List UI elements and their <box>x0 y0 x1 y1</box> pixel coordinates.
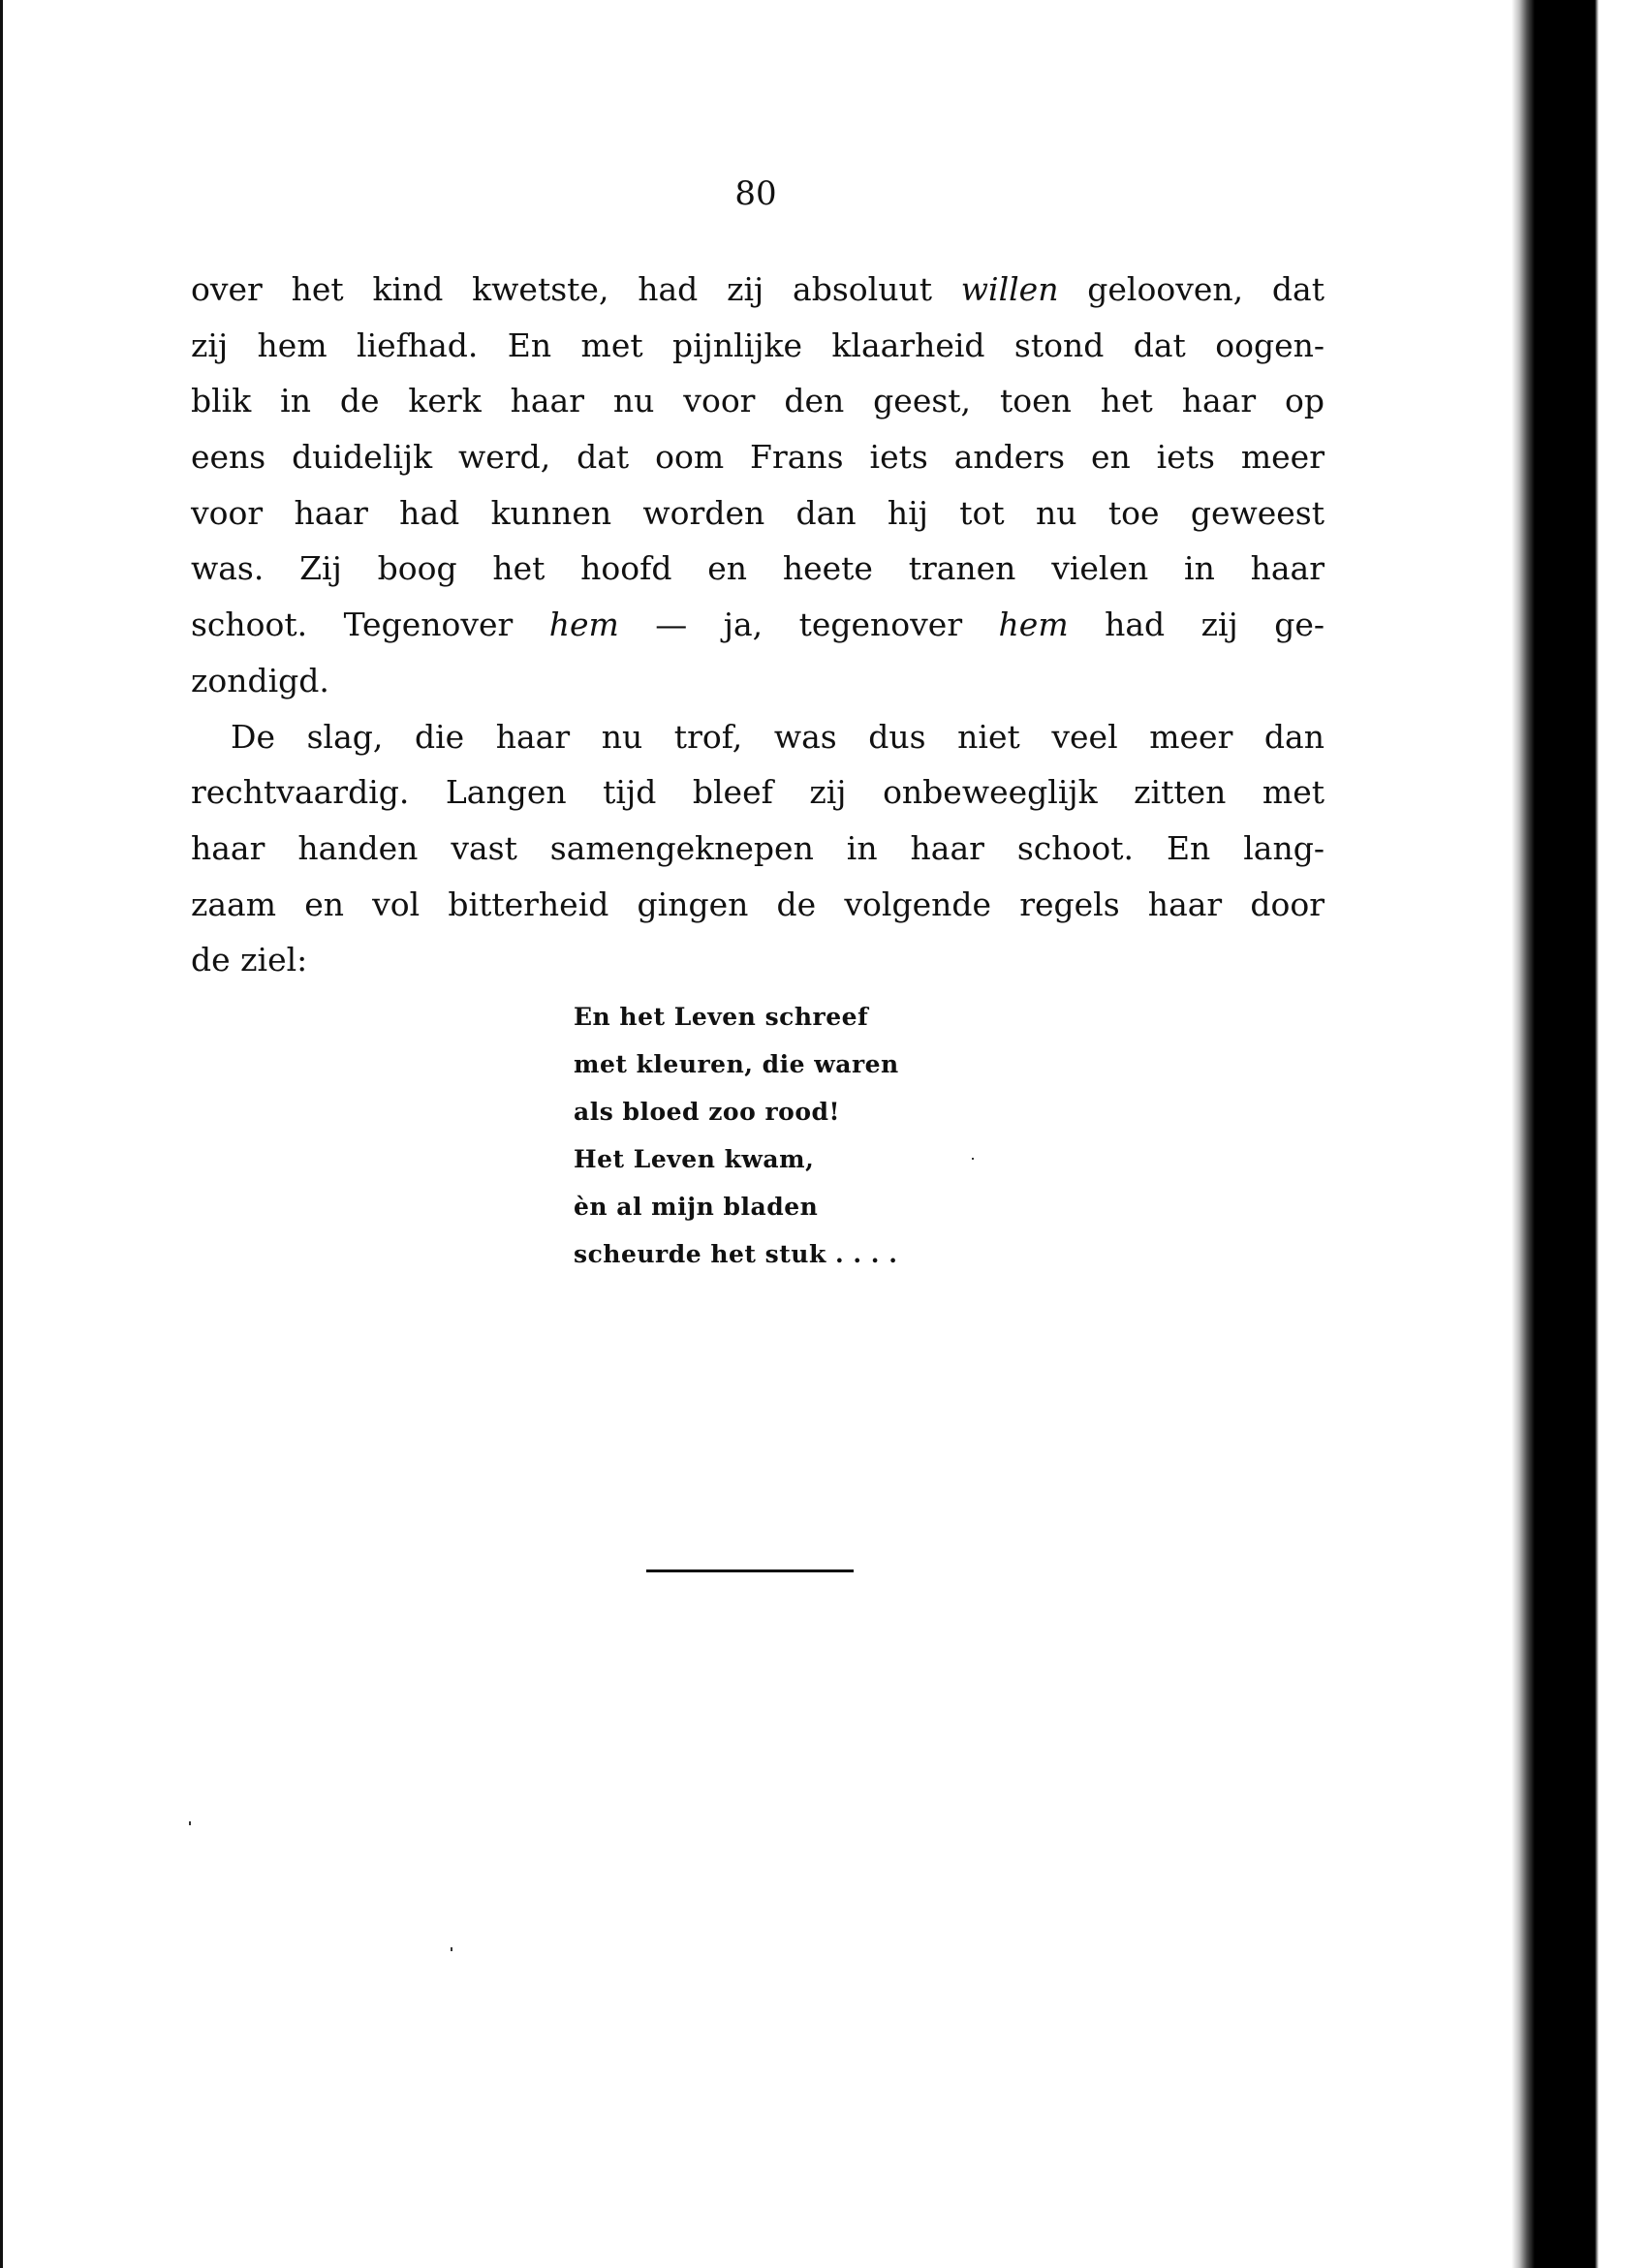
book-binding-shadow <box>1512 0 1608 2268</box>
text-run: De slag, die haar nu trof, was dus niet … <box>231 718 1325 756</box>
book-binding-edge <box>1577 0 1585 2268</box>
text-line: De slag, die haar nu trof, was dus niet … <box>191 709 1325 765</box>
text-run: was. Zij boog het hoofd en heete tranen … <box>191 549 1325 587</box>
text-run: zondigd. <box>191 662 329 699</box>
emphasis-text: hem <box>549 606 619 643</box>
text-line: zondigd. <box>191 653 1325 709</box>
text-line: blik in de kerk haar nu voor den geest, … <box>191 373 1325 429</box>
emphasis-text: hem <box>999 606 1069 643</box>
text-run: zij hem liefhad. En met pijnlijke klaarh… <box>191 326 1325 364</box>
text-line: de ziel: <box>191 932 1325 988</box>
print-speck <box>189 1821 191 1825</box>
text-line: over het kind kwetste, had zij absoluut … <box>191 262 1325 318</box>
text-line: zaam en vol bitterheid gingen de volgend… <box>191 877 1325 933</box>
book-page: 80 over het kind kwetste, had zij absolu… <box>0 0 1652 2268</box>
text-run: zaam en vol bitterheid gingen de volgend… <box>191 885 1325 923</box>
poem-line: En het Leven schreef <box>574 993 899 1041</box>
text-run: voor haar had kunnen worden dan hij tot … <box>191 494 1325 532</box>
text-line: zij hem liefhad. En met pijnlijke klaarh… <box>191 318 1325 374</box>
text-run: over het kind kwetste, had zij absoluut <box>191 270 961 308</box>
text-run: had zij ge- <box>1069 606 1325 643</box>
page-left-edge <box>0 0 3 2268</box>
text-run: haar handen vast samengeknepen in haar s… <box>191 829 1325 867</box>
page-number: 80 <box>0 174 1512 213</box>
text-line: was. Zij boog het hoofd en heete tranen … <box>191 541 1325 597</box>
text-line: rechtvaardig. Langen tijd bleef zij onbe… <box>191 764 1325 821</box>
text-run: blik in de kerk haar nu voor den geest, … <box>191 382 1325 419</box>
print-speck <box>451 1947 452 1951</box>
text-run: gelooven, dat <box>1058 270 1325 308</box>
text-run: schoot. Tegenover <box>191 606 549 643</box>
text-run: — ja, tegenover <box>619 606 999 643</box>
poem-line: èn al mijn bladen <box>574 1183 899 1230</box>
poem-line: scheurde het stuk . . . . <box>574 1230 899 1278</box>
poem-line: met kleuren, die waren <box>574 1041 899 1088</box>
body-text: over het kind kwetste, had zij absoluut … <box>191 262 1325 988</box>
text-run: de ziel: <box>191 941 307 979</box>
poem-line: Het Leven kwam, <box>574 1135 899 1183</box>
poem-line: als bloed zoo rood! <box>574 1088 899 1135</box>
text-line: haar handen vast samengeknepen in haar s… <box>191 821 1325 877</box>
text-line: eens duidelijk werd, dat oom Frans iets … <box>191 429 1325 485</box>
section-end-rule <box>646 1569 854 1572</box>
text-line: schoot. Tegenover hem — ja, tegenover he… <box>191 597 1325 653</box>
text-run: rechtvaardig. Langen tijd bleef zij onbe… <box>191 773 1325 811</box>
print-speck <box>972 1158 974 1160</box>
emphasis-text: willen <box>961 270 1059 308</box>
poem-stanza: En het Leven schreefmet kleuren, die war… <box>574 993 899 1278</box>
text-line: voor haar had kunnen worden dan hij tot … <box>191 485 1325 542</box>
text-run: eens duidelijk werd, dat oom Frans iets … <box>191 438 1325 476</box>
